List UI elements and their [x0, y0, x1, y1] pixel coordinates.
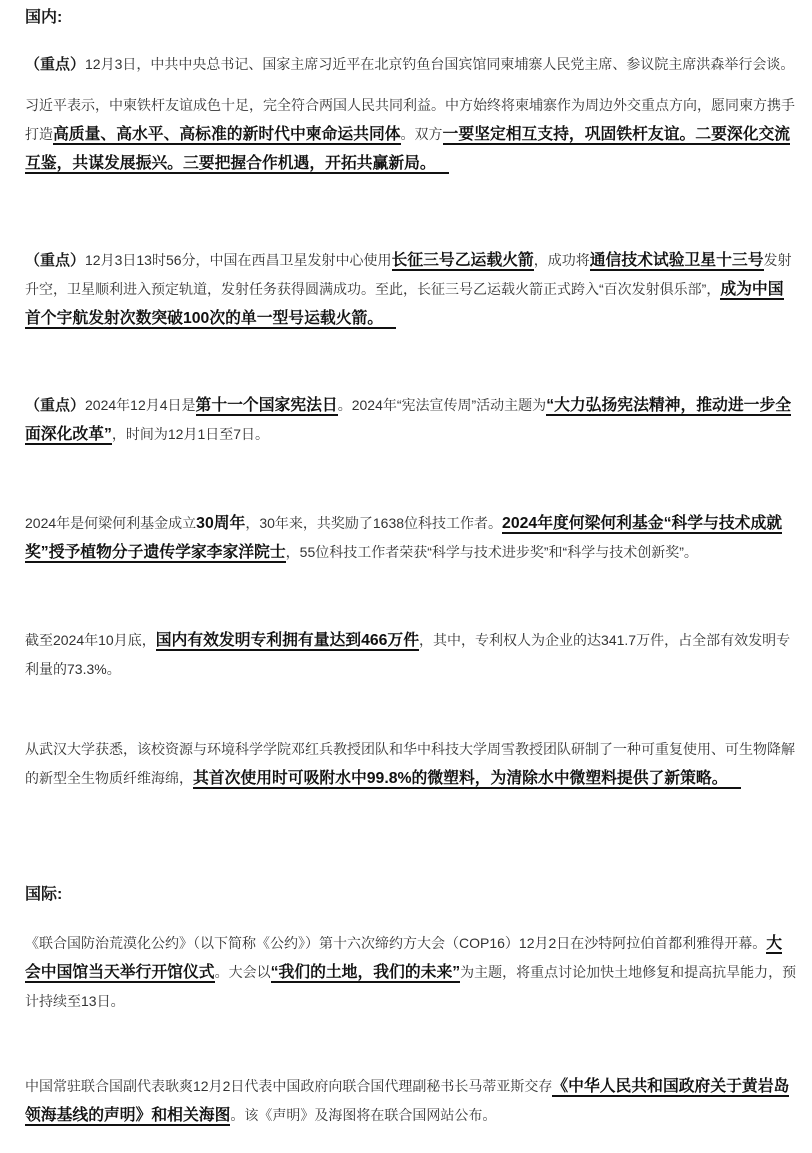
keypoint-label: （重点）	[25, 252, 85, 269]
keypoint-label: （重点）	[25, 56, 85, 73]
news-digest-document: 国内: （重点）12月3日，中共中央总书记、国家主席习近平在北京钓鱼台国宾馆同柬…	[0, 0, 812, 1153]
paragraph-microplastic-sponge: 从武汉大学获悉，该校资源与环境科学学院邓红兵教授团队和华中科技大学周雪教授团队研…	[25, 735, 797, 793]
body-text: 2024年12月4日是	[85, 397, 196, 413]
body-text: 。大会以	[215, 964, 271, 980]
body-text: ，成功将	[534, 252, 590, 268]
emphasis-text: 第十一个国家宪法日	[196, 397, 338, 416]
section-heading-international: 国际:	[25, 883, 797, 907]
paragraph-constitution-day: （重点）2024年12月4日是第十一个国家宪法日。2024年“宪法宣传周”活动主…	[25, 391, 797, 449]
paragraph-huangyan-declaration: 中国常驻联合国副代表耿爽12月2日代表中国政府向联合国代理副秘书长马蒂亚斯交存《…	[25, 1072, 797, 1130]
body-text: 《联合国防治荒漠化公约》（以下简称《公约》）第十六次缔约方大会（COP16）12…	[25, 935, 766, 951]
emphasis-text: 高质量、高水平、高标准的新时代中柬命运共同体	[53, 126, 401, 145]
body-text: 中国常驻联合国副代表耿爽12月2日代表中国政府向联合国代理副秘书长马蒂亚斯交存	[25, 1078, 552, 1094]
body-text: 12月3日，中共中央总书记、国家主席习近平在北京钓鱼台国宾馆同柬埔寨人民党主席、…	[85, 56, 794, 72]
section-heading-domestic: 国内:	[25, 6, 797, 30]
emphasis-text: 通信技术试验卫星十三号	[590, 252, 764, 271]
body-text: ，55位科技工作者荣获“科学与技术进步奖”和“科学与技术创新奖”。	[286, 544, 698, 560]
body-text: ，30年来，共奖励了1638位科技工作者。	[245, 515, 502, 531]
body-text: 。该《声明》及海图将在联合国网站公布。	[230, 1107, 496, 1123]
paragraph-cop16: 《联合国防治荒漠化公约》（以下简称《公约》）第十六次缔约方大会（COP16）12…	[25, 929, 797, 1016]
keypoint-label: （重点）	[25, 397, 85, 414]
emphasis-text: 其首次使用时可吸附水中99.8%的微塑料，为清除水中微塑料提供了新策略。	[193, 770, 741, 789]
body-text: ，时间为12月1日至7日。	[112, 426, 269, 442]
emphasis-text: 长征三号乙运载火箭	[392, 252, 534, 271]
emphasis-text: “我们的土地，我们的未来”	[271, 964, 461, 983]
body-text: 。双方	[401, 126, 443, 142]
body-text: 12月3日13时56分，中国在西昌卫星发射中心使用	[85, 252, 392, 268]
body-text: 截至2024年10月底，	[25, 632, 156, 648]
paragraph-xi-remarks: 习近平表示，中柬铁杆友谊成色十足，完全符合两国人民共同利益。中方始终将柬埔寨作为…	[25, 91, 797, 178]
paragraph-heliangheli-award: 2024年是何梁何利基金成立30周年，30年来，共奖励了1638位科技工作者。2…	[25, 509, 797, 567]
body-text: 2024年是何梁何利基金成立	[25, 515, 196, 531]
emphasis-text: 国内有效发明专利拥有量达到466万件	[156, 632, 419, 651]
paragraph-xi-cambodia-meeting: （重点）12月3日，中共中央总书记、国家主席习近平在北京钓鱼台国宾馆同柬埔寨人民…	[25, 50, 797, 79]
paragraph-rocket-launch: （重点）12月3日13时56分，中国在西昌卫星发射中心使用长征三号乙运载火箭，成…	[25, 246, 797, 333]
body-text: 。2024年“宪法宣传周”活动主题为	[338, 397, 546, 413]
bold-text: 30周年	[196, 515, 245, 532]
paragraph-invention-patents: 截至2024年10月底，国内有效发明专利拥有量达到466万件，其中，专利权人为企…	[25, 626, 797, 684]
